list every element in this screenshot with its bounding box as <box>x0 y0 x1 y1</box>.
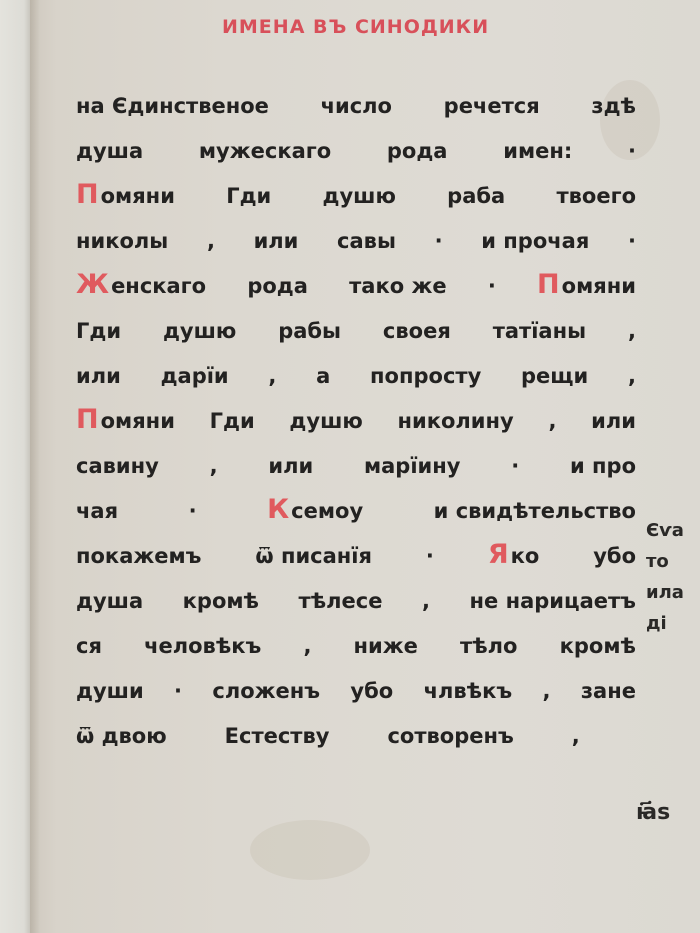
word: омяни <box>101 184 175 208</box>
word: попросту <box>370 361 481 391</box>
word: Гди <box>76 316 121 346</box>
word-with-initial: Помяни <box>76 405 175 436</box>
punctuation: · <box>628 226 636 256</box>
word: николы <box>76 226 168 256</box>
word-with-initial: Помяни <box>76 180 175 211</box>
word: на Єдинственое <box>76 91 269 121</box>
word: и прочая <box>481 226 589 256</box>
word-with-initial: Яко <box>488 540 539 571</box>
punctuation: · <box>488 271 496 301</box>
word: число <box>321 91 392 121</box>
text-line: душа мужескаго рода имен: · <box>76 121 636 166</box>
word: рода <box>247 271 308 301</box>
word: не нарицаетъ <box>470 586 636 616</box>
text-line: Помяни Гди душю николину , или <box>76 391 636 436</box>
punctuation: , <box>422 586 430 616</box>
word: ѿ писанїя <box>255 541 372 571</box>
punctuation: · <box>426 541 434 571</box>
running-title: ИМЕНА ВЪ СИНОДИКИ <box>222 16 482 38</box>
text-line: савину , или марїину · и про <box>76 436 636 481</box>
punctuation: · <box>189 496 197 526</box>
text-line: Гди душю рабы своея татїаны , <box>76 301 636 346</box>
punctuation: , <box>268 361 276 391</box>
adjacent-page-edge <box>0 0 30 933</box>
word: сотворенъ <box>387 721 513 751</box>
folio-number: ꙗ҃ѕ <box>636 800 670 825</box>
word: убо <box>593 541 636 571</box>
word: енскаго <box>111 274 206 298</box>
text-line: на Єдинственое число речется здѣ <box>76 76 636 121</box>
text-line: николы , или савы · и прочая · <box>76 211 636 256</box>
word-with-initial: Помяни <box>537 270 636 301</box>
punctuation: , <box>572 721 580 751</box>
word: и свидѣтельство <box>434 496 636 526</box>
word: Гди <box>226 181 271 211</box>
text-line: Женскаго рода тако же · Помяни <box>76 256 636 301</box>
word: Гди <box>210 406 255 436</box>
red-initial: К <box>267 494 289 525</box>
word: своея <box>383 316 451 346</box>
word: дарїи <box>161 361 229 391</box>
word: рабы <box>278 316 341 346</box>
text-line: душа кромѣ тѣлесе , не нарицаетъ <box>76 571 636 616</box>
word: покажемъ <box>76 541 201 571</box>
fragment-text: ді <box>646 608 700 639</box>
word: душа <box>76 136 143 166</box>
word: рода <box>387 136 448 166</box>
punctuation: , <box>207 226 215 256</box>
word: или <box>268 451 313 481</box>
word: ко <box>511 544 540 568</box>
paper-stain <box>250 820 370 880</box>
text-block: на Єдинственое число речется здѣ душа му… <box>76 76 636 751</box>
word: имен: <box>503 136 572 166</box>
punctuation: , <box>628 316 636 346</box>
word: омяни <box>101 409 175 433</box>
fragment-text: Єѵа <box>646 515 700 546</box>
word: душа <box>76 586 143 616</box>
word: рещи <box>521 361 588 391</box>
text-line: или дарїи , а попросту рещи , <box>76 346 636 391</box>
text-line: души · сложенъ убо члвѣкъ , зане <box>76 661 636 706</box>
word-with-initial: Женскаго <box>76 270 206 301</box>
text-line: покажемъ ѿ писанїя · Яко убо <box>76 526 636 571</box>
word: семоу <box>291 499 363 523</box>
word: ся <box>76 631 102 661</box>
punctuation: · <box>628 136 636 166</box>
word: и про <box>570 451 636 481</box>
word: савину <box>76 451 159 481</box>
word: татїаны <box>493 316 586 346</box>
word: тѣло <box>460 631 517 661</box>
punctuation: , <box>210 451 218 481</box>
word: здѣ <box>591 91 636 121</box>
fragment-text: ила <box>646 577 700 608</box>
red-initial: П <box>76 179 99 210</box>
word: душю <box>323 181 396 211</box>
text-line: Помяни Гди душю раба твоего <box>76 166 636 211</box>
word: члвѣкъ <box>424 676 513 706</box>
punctuation: · <box>511 451 519 481</box>
word: или <box>254 226 299 256</box>
word: или <box>591 406 636 436</box>
word: сложенъ <box>212 676 320 706</box>
word: зане <box>581 676 636 706</box>
facing-page-fragment: Єѵа то ила ді <box>646 515 700 639</box>
word: Естеству <box>225 721 330 751</box>
word: раба <box>447 181 505 211</box>
word: ниже <box>354 631 418 661</box>
word: убо <box>350 676 393 706</box>
punctuation: , <box>303 631 311 661</box>
word: или <box>76 361 121 391</box>
word: а <box>316 361 330 391</box>
punctuation: · <box>435 226 443 256</box>
word: омяни <box>562 274 636 298</box>
text-line: ѿ двою Естеству сотворенъ , <box>76 706 636 751</box>
word: душю <box>163 316 236 346</box>
text-line: ся человѣкъ , ниже тѣло кромѣ <box>76 616 636 661</box>
red-initial: П <box>537 269 560 300</box>
punctuation: , <box>543 676 551 706</box>
punctuation: , <box>628 361 636 391</box>
word: мужескаго <box>199 136 331 166</box>
fragment-text: то <box>646 546 700 577</box>
word: тако же <box>349 271 446 301</box>
word: николину <box>398 406 514 436</box>
word: ѿ двою <box>76 721 167 751</box>
word: чая <box>76 496 118 526</box>
punctuation: , <box>548 406 556 436</box>
word: душю <box>289 406 362 436</box>
red-initial: Ж <box>76 269 109 300</box>
word: савы <box>337 226 396 256</box>
book-photo: ИМЕНА ВЪ СИНОДИКИ на Єдинственое число р… <box>0 0 700 933</box>
text-line: чая · Ксемоу и свидѣтельство <box>76 481 636 526</box>
punctuation: · <box>174 676 182 706</box>
word: тѣлесе <box>299 586 383 616</box>
word: человѣкъ <box>144 631 261 661</box>
word: речется <box>444 91 540 121</box>
word: кромѣ <box>183 586 259 616</box>
red-initial: П <box>76 404 99 435</box>
word: марїину <box>364 451 460 481</box>
word: кромѣ <box>560 631 636 661</box>
red-initial: Я <box>488 539 509 570</box>
page-gutter-shadow <box>30 0 40 933</box>
word: твоего <box>556 181 636 211</box>
word: души <box>76 676 144 706</box>
word-with-initial: Ксемоу <box>267 495 363 526</box>
